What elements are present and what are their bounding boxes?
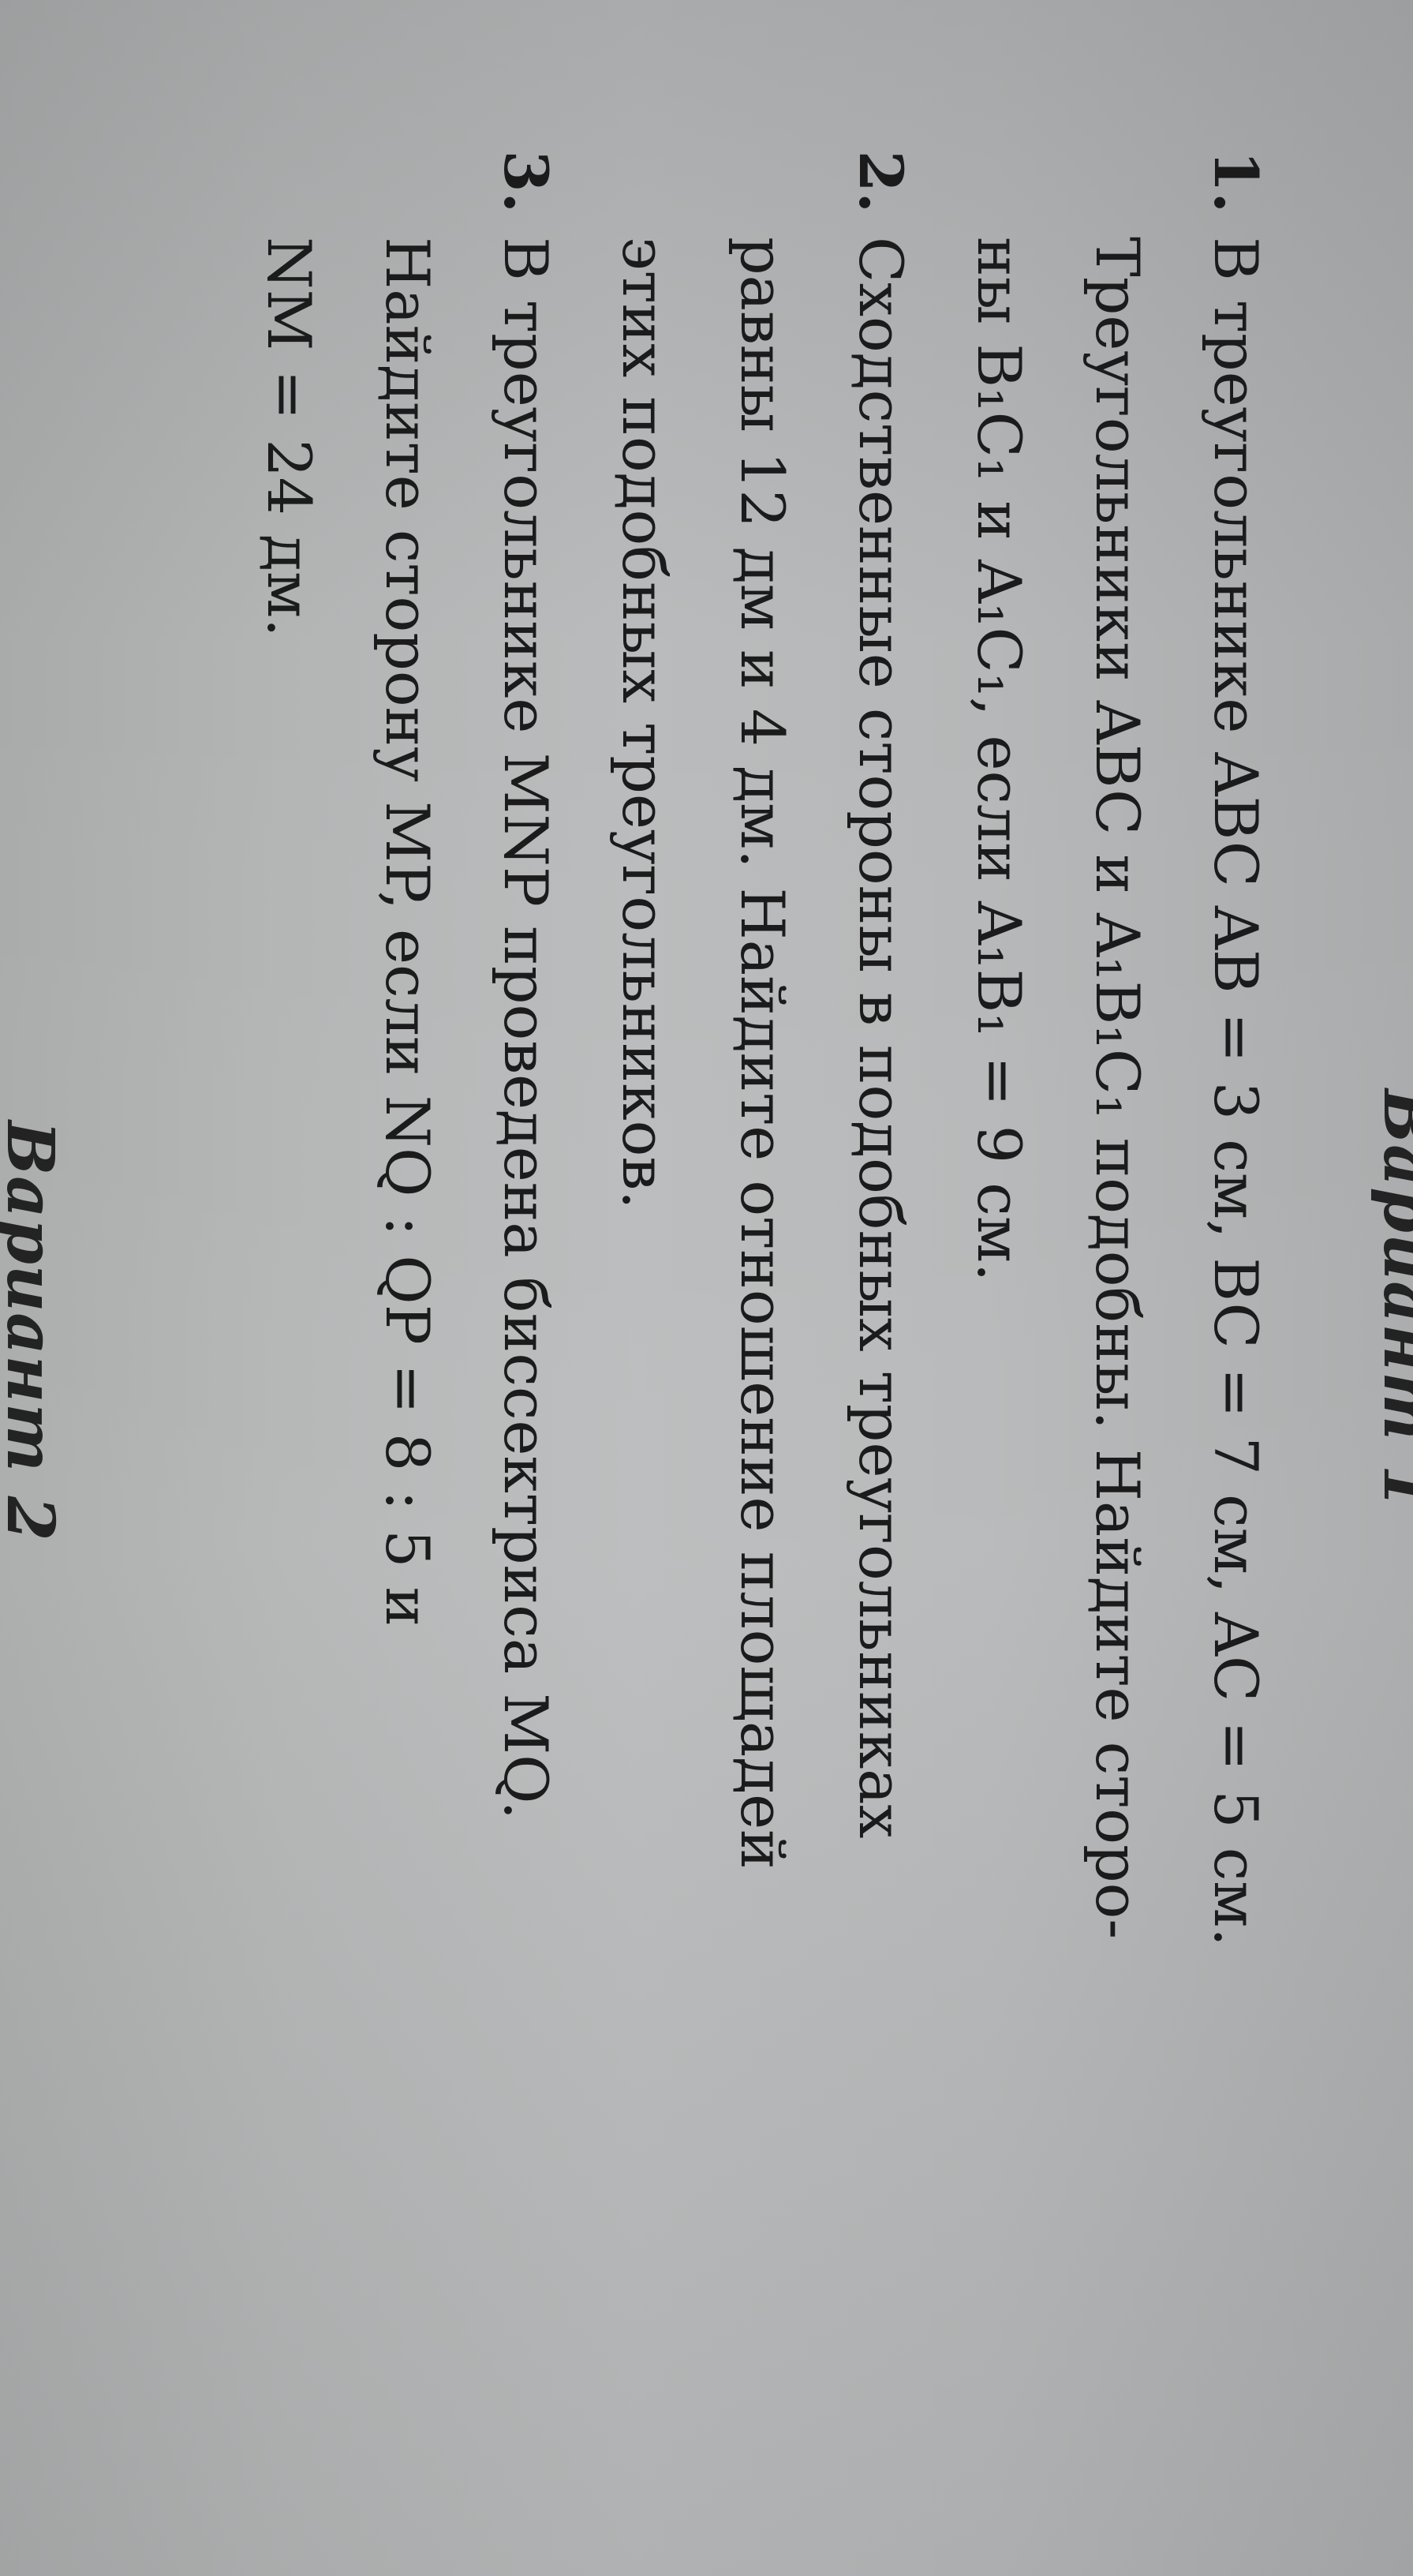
problem-number: 2. — [821, 118, 940, 213]
problem-line: NM = 24 дм. — [230, 237, 348, 2486]
variant-1-heading: Вариант 1 — [1369, 1089, 1413, 1511]
problem-number: 3. — [466, 118, 585, 213]
problem-3: 3. В треугольнике MNP проведена биссектр… — [230, 237, 585, 2486]
problem-line: равны 12 дм и 4 дм. Найдите отношение пл… — [703, 237, 821, 2486]
problem-line: Треугольники ABC и A₁B₁C₁ подобны. Найди… — [1058, 237, 1176, 2486]
variant-2-heading: Вариант 2 — [0, 1121, 68, 1542]
problem-line: этих подобных треугольников. — [585, 237, 703, 2486]
rotated-page: Вариант 1 1. В треугольнике ABC AB = 3 с… — [0, 0, 1413, 2576]
problem-1: 1. В треугольнике ABC AB = 3 см, BC = 7 … — [940, 237, 1295, 2486]
problem-line: Найдите сторону MP, если NQ : QP = 8 : 5… — [348, 237, 466, 2486]
problem-number: 1. — [1176, 118, 1295, 213]
problem-line: ны B₁C₁ и A₁C₁, если A₁B₁ = 9 см. — [940, 237, 1058, 2486]
problem-2: 2. Сходственные стороны в подобных треуг… — [585, 237, 940, 2486]
problem-line: В треугольнике ABC AB = 3 см, BC = 7 см,… — [1176, 237, 1295, 2486]
problem-line: В треугольнике MNP проведена биссектриса… — [466, 237, 585, 2486]
problem-list: 1. В треугольнике ABC AB = 3 см, BC = 7 … — [230, 237, 1295, 2486]
problem-line: Сходственные стороны в подобных треуголь… — [821, 237, 940, 2486]
